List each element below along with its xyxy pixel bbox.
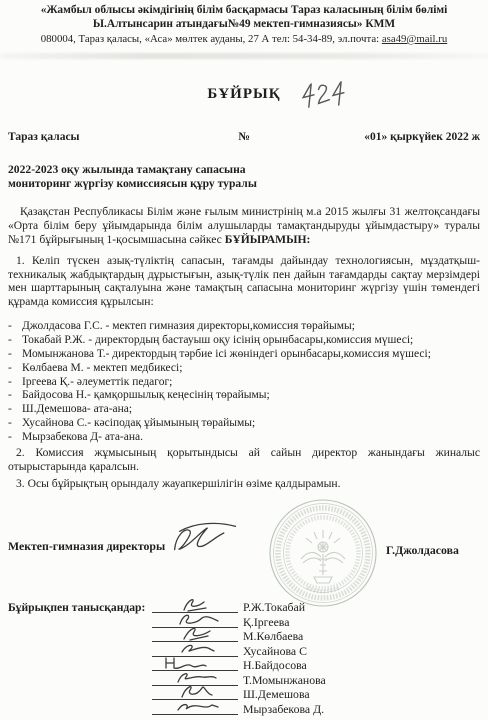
address-text: 080004, Тараз қаласы, «Аса» мөлтек аудан… <box>41 33 382 45</box>
order-number-label: № <box>188 131 300 143</box>
member-text: Ш.Демешова- ата-ана; <box>22 403 132 417</box>
list-dash: - <box>8 376 22 390</box>
director-signature-strokes <box>165 518 245 556</box>
director-signature <box>165 518 245 556</box>
ack-name: Ш.Демешова <box>243 687 310 701</box>
ack-row: Хусайнова С <box>0 644 488 659</box>
list-dash: - <box>8 320 22 334</box>
list-dash: - <box>8 362 22 376</box>
order-meta-row: Тараз қаласы № «01» қыркүйек 2022 ж <box>8 131 480 143</box>
seal-graphic <box>267 497 379 609</box>
letterhead-line1: «Жамбыл облысы әкімдігінің білім басқарм… <box>0 4 488 17</box>
commission-members-list: -Джолдасова Г.С. - мектеп гимназия дирек… <box>8 320 482 445</box>
scan-artifact <box>0 53 488 59</box>
list-dash: - <box>8 431 22 445</box>
handwritten-number-strokes <box>299 78 351 111</box>
scanned-order-document: «Жамбыл облысы әкімдігінің білім басқарм… <box>0 0 488 720</box>
member-row: -Байдосова Н.- қамқоршылық кеңесінің төр… <box>8 389 482 403</box>
order-item-3: 3. Осы бұйрықтың орындалу жауапкершілігі… <box>8 477 480 491</box>
letterhead-address: 080004, Тараз қаласы, «Аса» мөлтек аудан… <box>0 33 488 46</box>
subject-line2: мониторинг жүргізу комиссиясын құру тура… <box>8 177 428 191</box>
member-row: -Іргеева Қ.- әлеуметтік педагог; <box>8 376 482 390</box>
ack-row: Қ.Іргеева <box>0 615 488 630</box>
member-text: Момынжанова Т.- директордың тәрбие ісі ж… <box>22 348 431 362</box>
ack-name: Н.Байдосова <box>243 658 307 672</box>
ack-row: Н.Байдосова <box>0 658 488 673</box>
ack-row: Ш.Демешова <box>0 687 488 702</box>
ack-row: Т.Момынжанова <box>0 673 488 688</box>
order-city: Тараз қаласы <box>8 131 188 143</box>
ack-name: Қ.Іргеева <box>243 615 289 629</box>
order-subject: 2022-2023 оқу жылында тамақтану сапасына… <box>8 163 428 191</box>
member-row: -Момынжанова Т.- директордың тәрбие ісі … <box>8 348 482 362</box>
member-text: Джолдасова Г.С. - мектеп гимназия директ… <box>22 320 355 334</box>
director-label: Мектеп-гимназия директоры <box>8 539 165 554</box>
member-row: -Ш.Демешова- ата-ана; <box>8 403 482 417</box>
list-dash: - <box>8 334 22 348</box>
member-text: Байдосова Н.- қамқоршылық кеңесінің төра… <box>22 389 270 403</box>
member-row: -Джолдасова Г.С. - мектеп гимназия дирек… <box>8 320 482 334</box>
member-text: Мырзабекова Д- ата-ана. <box>22 431 143 445</box>
order-date: «01» қыркүйек 2022 ж <box>300 131 480 143</box>
subject-line1: 2022-2023 оқу жылында тамақтану сапасына <box>8 163 428 177</box>
preamble-paragraph: Қазақстан Республикасы Білім және ғылым … <box>8 205 480 248</box>
order-item-1: 1. Келіп түскен азық-түліктің сапасын, т… <box>8 254 480 308</box>
member-text: Хусайнова С.- кәсіподақ ұйымының төрайым… <box>22 417 255 431</box>
list-dash: - <box>8 348 22 362</box>
order-title: БҰЙРЫҚ <box>0 86 488 103</box>
ack-row: Мырзабекова Д. <box>0 702 488 717</box>
member-row: -Токабай Р.Ж. - директордың бастауыш оқу… <box>8 334 482 348</box>
member-row: -Мырзабекова Д- ата-ана. <box>8 431 482 445</box>
order-item-2: 2. Комиссия жұмысының қорытындысы ай сай… <box>8 446 480 474</box>
ack-name: Хусайнова С <box>243 644 307 658</box>
handwritten-order-number <box>299 78 351 111</box>
letterhead-line2: Ы.Алтынсарин атындағы№49 мектеп-гимназия… <box>0 18 488 31</box>
director-name: Г.Джолдасова <box>386 543 459 558</box>
member-text: Көлбаева М. - мектеп медбикесі; <box>22 362 182 376</box>
ack-row: Р.Ж.Токабай <box>0 600 488 615</box>
ack-name: Т.Момынжанова <box>243 673 326 687</box>
member-text: Іргеева Қ.- әлеуметтік педагог; <box>22 376 172 390</box>
list-dash: - <box>8 389 22 403</box>
member-text: Токабай Р.Ж. - директордың бастауыш оқу … <box>22 334 413 348</box>
email-address: asa49@mail.ru <box>382 33 447 45</box>
ack-name: Мырзабекова Д. <box>243 702 324 716</box>
official-seal <box>267 497 379 609</box>
member-row: -Хусайнова С.- кәсіподақ ұйымының төрайы… <box>8 417 482 431</box>
signature-scribble <box>154 697 234 716</box>
ack-row: М.Көлбаева <box>0 629 488 644</box>
ack-name: Р.Ж.Токабай <box>243 600 305 614</box>
member-row: -Көлбаева М. - мектеп медбикесі; <box>8 362 482 376</box>
list-dash: - <box>8 403 22 417</box>
ack-name: М.Көлбаева <box>243 629 303 643</box>
resolution-word: БҰЙЫРАМЫН: <box>225 233 311 246</box>
list-dash: - <box>8 417 22 431</box>
